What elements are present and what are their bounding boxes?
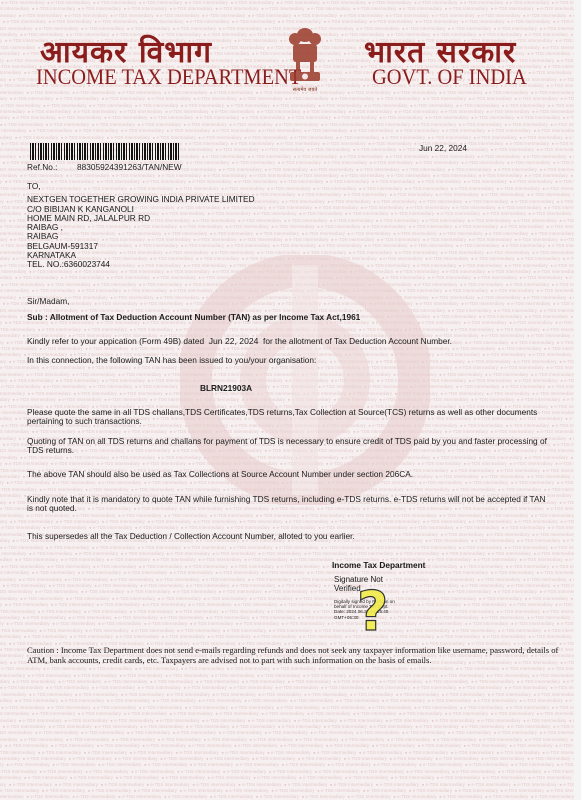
salutation: Sir/Madam, <box>27 297 69 307</box>
svg-text:सत्यमेव जयते: सत्यमेव जयते <box>293 86 318 93</box>
connection-text: In this connection, the following TAN ha… <box>27 356 316 366</box>
paragraph-credit: Quoting of TAN on all TDS returns and ch… <box>27 437 547 454</box>
application-date: Jun 22, 2024 <box>209 336 259 346</box>
caution-notice: Caution : Income Tax Department does not… <box>27 646 567 665</box>
application-reference: Kindly refer to your appication (Form 49… <box>27 337 452 347</box>
ref-label: Ref.No.: <box>27 163 57 173</box>
letter-date: Jun 22, 2024 <box>419 144 467 154</box>
address-line: RAIBAG , <box>27 223 255 232</box>
barcode <box>30 143 180 160</box>
dept-name-english: INCOME TAX DEPARTMENT <box>36 64 301 90</box>
paragraph-quote-tan: Please quote the same in all TDS challan… <box>27 408 547 425</box>
recipient-address: TO, NEXTGEN TOGETHER GROWING INDIA PRIVA… <box>27 182 255 270</box>
paragraph-tcs: The above TAN should also be used as Tax… <box>27 470 547 479</box>
paragraph-supersedes: This supersedes all the Tax Deduction / … <box>27 532 547 541</box>
subject-line: Sub : Allotment of Tax Deduction Account… <box>27 313 360 323</box>
digital-signature-block: Income Tax Department Signature Not Veri… <box>332 560 425 570</box>
signature-issuer: Income Tax Department <box>332 560 425 570</box>
tan-number: BLRN21903A <box>200 384 252 394</box>
govt-name-english: GOVT. OF INDIA <box>372 64 527 90</box>
page-edge <box>574 0 581 800</box>
question-mark-icon: ? <box>357 580 388 643</box>
national-emblem-icon: सत्यमेव जयते <box>284 26 326 96</box>
ref-number: 88305924391263/TAN/NEW <box>77 163 182 173</box>
to-label: TO, <box>27 182 255 191</box>
address-line: TEL. NO.:6360023744 <box>27 260 255 269</box>
tan-allotment-letter: ● e-TDS Intermediary ● e-TDS Intermediar… <box>0 0 574 800</box>
paragraph-mandatory: Kindly note that it is mandatory to quot… <box>27 495 547 512</box>
